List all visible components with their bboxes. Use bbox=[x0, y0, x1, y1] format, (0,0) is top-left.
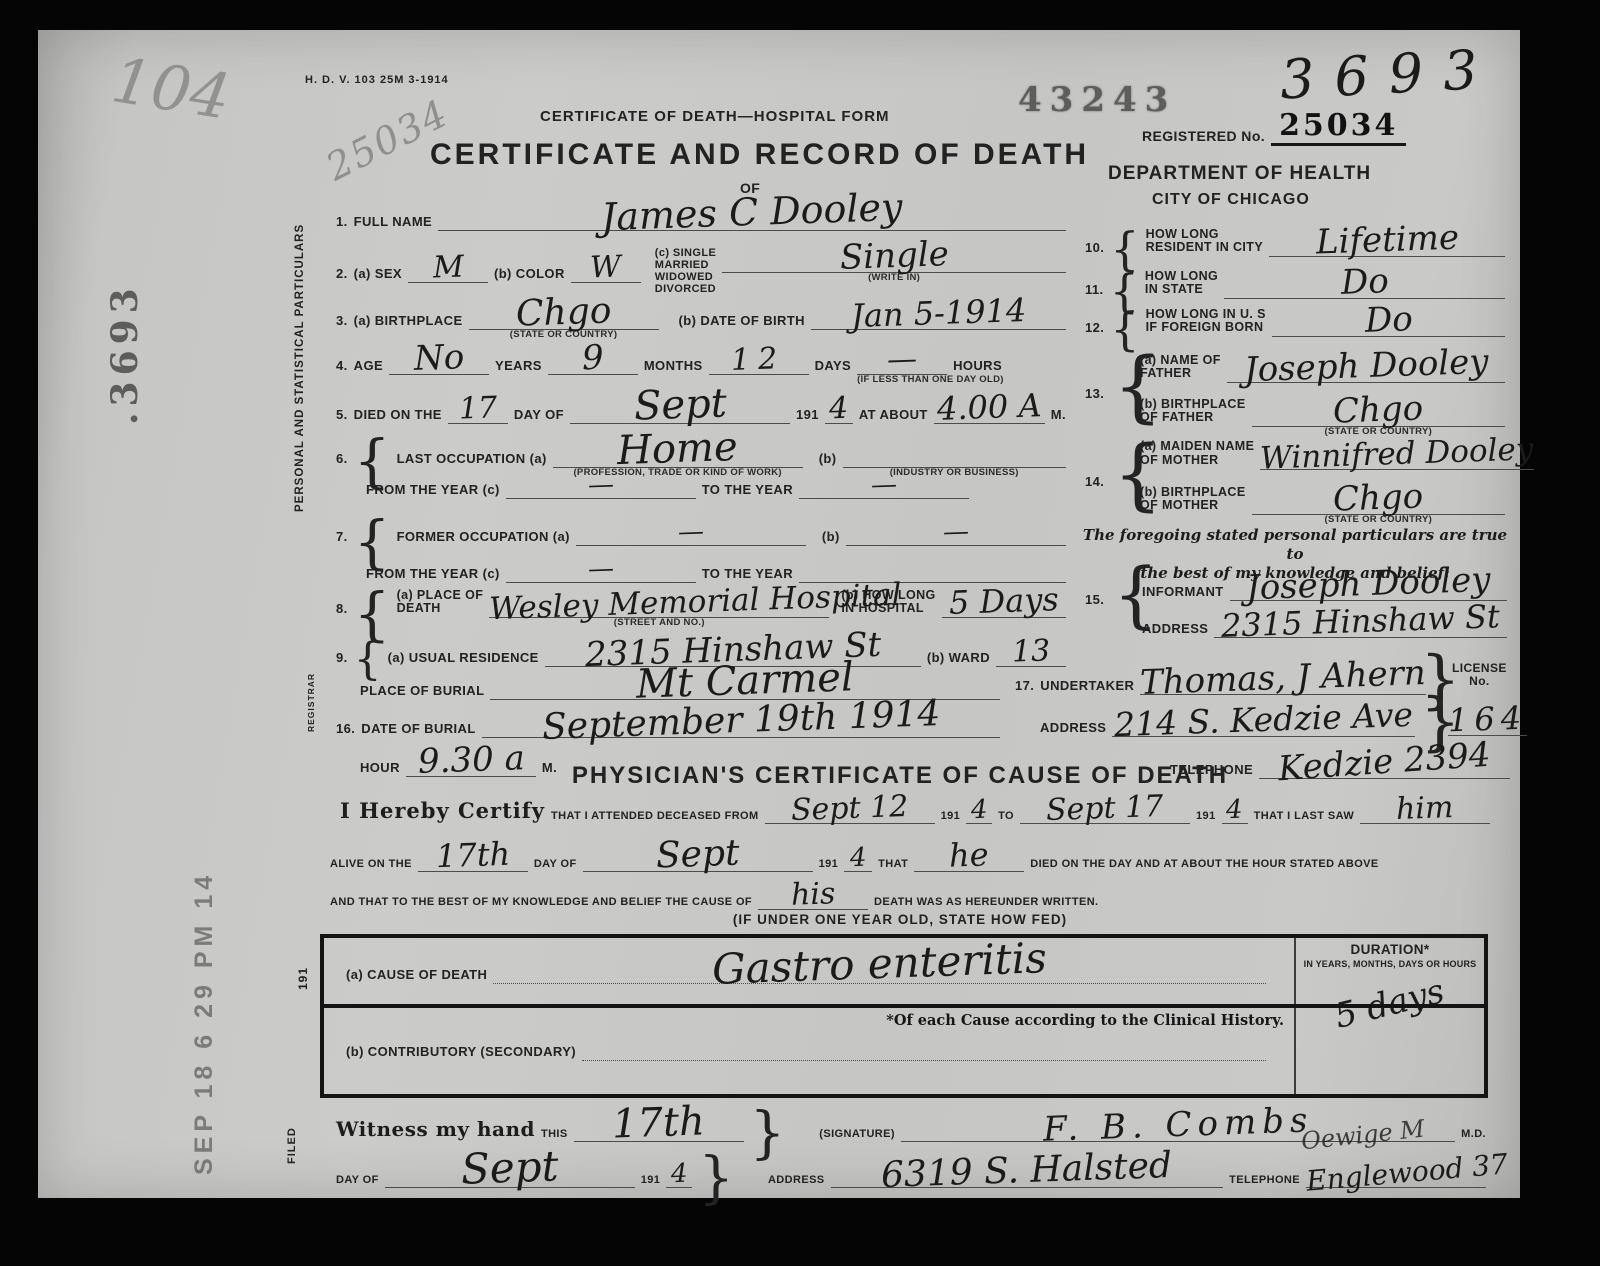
hereby-certify-text: I Hereby Certify bbox=[340, 798, 545, 824]
at-about-label: AT ABOUT bbox=[859, 407, 928, 424]
birthplace-label: (a) BIRTHPLACE bbox=[354, 313, 463, 330]
father-birthplace-value: Chgo bbox=[1333, 394, 1424, 426]
field-number: 10. bbox=[1085, 240, 1104, 257]
handwritten-number-3693: 3693 bbox=[1279, 46, 1499, 103]
years-label: YEARS bbox=[495, 358, 542, 375]
field-number: 17. bbox=[1015, 678, 1034, 695]
write-in-sub: (WRITE IN) bbox=[722, 272, 1066, 283]
day-of-label: DAY OF bbox=[514, 407, 564, 424]
father-birthplace-label: (b) BIRTHPLACE bbox=[1140, 398, 1246, 412]
department-of-health: DEPARTMENT OF HEALTH bbox=[1108, 163, 1371, 187]
how-fed-note: (IF UNDER ONE YEAR OLD, STATE HOW FED) bbox=[320, 912, 1480, 929]
witness-my-hand-text: Witness my hand bbox=[336, 1117, 535, 1142]
mother-name-value: Winnifred Dooley bbox=[1260, 436, 1534, 472]
certify-line-2: ALIVE ON THE 17th DAY OF Sept 191 4 THAT… bbox=[330, 840, 1490, 872]
died-hour-value: 4.00 A bbox=[937, 392, 1042, 423]
field-number: 11. bbox=[1085, 282, 1104, 299]
field-informant-address: ADDRESS 2315 Hinshaw St bbox=[1142, 608, 1507, 638]
former-occupation-label: FORMER OCCUPATION (a) bbox=[397, 529, 570, 546]
certify-line-3: AND THAT TO THE BEST OF MY KNOWLEDGE AND… bbox=[330, 882, 1490, 910]
small-header: CERTIFICATE OF DEATH—HOSPITAL FORM bbox=[540, 108, 890, 127]
page-title: CERTIFICATE AND RECORD OF DEATH bbox=[430, 138, 1089, 174]
duration-cell: DURATION* IN YEARS, MONTHS, DAYS OR HOUR… bbox=[1302, 942, 1478, 1020]
died-day-hour-label: DIED ON THE DAY AND AT ABOUT THE HOUR ST… bbox=[1030, 858, 1378, 872]
to-label: TO bbox=[998, 810, 1014, 824]
witness-line-1: Witness my hand THIS 17th } (SIGNATURE) … bbox=[336, 1106, 1486, 1142]
last-saw-value: him bbox=[1396, 795, 1454, 822]
pronoun-he-value: he bbox=[949, 841, 989, 870]
field-13-number: 13. bbox=[1085, 386, 1104, 403]
mother-birthplace-label: OF MOTHER bbox=[1140, 499, 1246, 513]
duration-sub-label: IN YEARS, MONTHS, DAYS OR HOURS bbox=[1302, 959, 1478, 972]
how-long-city-label: HOW LONG bbox=[1146, 228, 1264, 242]
died-label: DIED ON THE bbox=[354, 407, 442, 424]
field-mother-name: (a) MAIDEN NAME OF MOTHER Winnifred Dool… bbox=[1140, 440, 1505, 470]
mother-birthplace-value: Chgo bbox=[1333, 482, 1424, 514]
brace-icon: { bbox=[354, 588, 391, 640]
attended-to-year: 4 bbox=[1226, 799, 1243, 822]
that-label: THAT bbox=[878, 858, 908, 872]
field-number: 12. bbox=[1085, 320, 1104, 337]
informant-value: Joseph Dooley bbox=[1246, 566, 1491, 603]
this-label: THIS bbox=[541, 1128, 568, 1142]
age-days-value: 12 bbox=[731, 346, 786, 373]
dob-value: Jan 5-1914 bbox=[850, 297, 1026, 330]
undertaker-address-value: 214 S. Kedzie Ave bbox=[1114, 701, 1414, 739]
alive-year-value: 4 bbox=[849, 847, 866, 870]
side-label-registrar: REGISTRAR bbox=[306, 640, 316, 732]
field-full-name: 1. FULL NAME James C Dooley bbox=[336, 196, 1066, 231]
sex-value: M bbox=[432, 254, 464, 281]
how-long-state-label: IN STATE bbox=[1145, 283, 1218, 297]
from-year-value: — bbox=[587, 558, 614, 581]
age-years-value: No bbox=[413, 343, 464, 374]
side-label-filed: FILED bbox=[286, 1082, 298, 1164]
marital-option: MARRIED bbox=[655, 259, 716, 271]
field-informant: INFORMANT Joseph Dooley bbox=[1142, 570, 1507, 601]
year-191-label: 191 bbox=[641, 1174, 661, 1188]
registered-no-row: REGISTERED No. 25034 bbox=[1142, 108, 1406, 146]
marital-value: Single bbox=[839, 240, 949, 273]
dob-label: (b) DATE OF BIRTH bbox=[679, 313, 805, 330]
alive-month-value: Sept bbox=[655, 839, 740, 872]
physician-section-header: PHYSICIAN'S CERTIFICATE OF CAUSE OF DEAT… bbox=[320, 762, 1480, 792]
to-year-label: TO THE YEAR bbox=[702, 482, 793, 499]
place-of-burial-value: Mt Carmel bbox=[636, 660, 855, 702]
field-father-name: (a) NAME OF FATHER Joseph Dooley bbox=[1140, 352, 1505, 383]
how-long-city-label: RESIDENT IN CITY bbox=[1146, 241, 1264, 255]
months-label: MONTHS bbox=[644, 358, 703, 375]
field-number: 8. bbox=[336, 601, 348, 618]
color-value: W bbox=[590, 254, 622, 281]
filed-date-stamp: SEP 18 6 29 PM 14 bbox=[190, 755, 219, 1175]
pronoun-his-value: his bbox=[790, 881, 835, 908]
field-number: 4. bbox=[336, 358, 348, 375]
how-long-us-label: HOW LONG IN U. S bbox=[1146, 308, 1266, 322]
m-label: M. bbox=[1051, 407, 1066, 424]
field-former-occupation: 7. { FORMER OCCUPATION (a) — (b) — bbox=[336, 516, 1066, 546]
field-number: 2. bbox=[336, 266, 348, 283]
field-15-number: 15. bbox=[1085, 592, 1104, 609]
marital-option: WIDOWED bbox=[655, 271, 716, 283]
clinical-history-note: *Of each Cause according to the Clinical… bbox=[886, 1012, 1284, 1029]
physician-telephone-value: Englewood 37 bbox=[1305, 1152, 1508, 1193]
day-of-label: DAY OF bbox=[336, 1174, 379, 1188]
sex-label: (a) SEX bbox=[354, 266, 402, 283]
attended-from-label: THAT I ATTENDED DECEASED FROM bbox=[551, 810, 759, 824]
marital-option: DIVORCED bbox=[655, 283, 716, 295]
how-long-us-label: IF FOREIGN BORN bbox=[1146, 321, 1266, 335]
street-no-sub: (STREET AND NO.) bbox=[489, 617, 829, 628]
place-of-burial-label: PLACE OF BURIAL bbox=[360, 683, 484, 700]
form-code: H. D. V. 103 25M 3-1914 bbox=[305, 74, 449, 88]
field-birthplace: 3. (a) BIRTHPLACE Chgo (STATE OR COUNTRY… bbox=[336, 298, 1066, 330]
how-long-us-value: Do bbox=[1364, 305, 1413, 336]
b-label: (b) bbox=[822, 529, 840, 546]
alive-day-value: 17th bbox=[435, 841, 510, 871]
registered-label: REGISTERED No. bbox=[1142, 128, 1265, 146]
certify-line-1: I Hereby Certify THAT I ATTENDED DECEASE… bbox=[340, 796, 1490, 824]
cause-of-death-box: (a) CAUSE OF DEATH Gastro enteritis DURA… bbox=[320, 934, 1488, 1098]
field-number: 6. bbox=[336, 451, 348, 468]
color-label: (b) COLOR bbox=[494, 266, 565, 283]
witness-month-value: Sept bbox=[460, 1148, 559, 1187]
undertaker-label: UNDERTAKER bbox=[1040, 678, 1134, 695]
alive-on-label: ALIVE ON THE bbox=[330, 858, 412, 872]
state-country-sub: (STATE OR COUNTRY) bbox=[469, 329, 659, 340]
field-number: 1. bbox=[336, 214, 348, 231]
witness-line-2: DAY OF Sept 191 4 } ADDRESS 6319 S. Hals… bbox=[336, 1150, 1486, 1188]
hours-label: HOURS bbox=[953, 358, 1002, 375]
field-how-long-us: 12. { HOW LONG IN U. S IF FOREIGN BORN D… bbox=[1085, 306, 1505, 337]
field-died-on: 5. DIED ON THE 17 DAY OF Sept 191 4 AT A… bbox=[336, 388, 1066, 424]
scanned-death-certificate: 104 .3693 SEP 18 6 29 PM 14 PERSONAL AND… bbox=[0, 0, 1600, 1266]
witness-year-value: 4 bbox=[671, 1163, 688, 1186]
informant-address-value: 2315 Hinshaw St bbox=[1221, 603, 1501, 640]
mother-birthplace-label: (b) BIRTHPLACE bbox=[1140, 486, 1246, 500]
died-day-value: 17 bbox=[458, 395, 497, 422]
less-than-day-sub: (IF LESS THAN ONE DAY OLD) bbox=[857, 374, 947, 385]
field-number: 7. bbox=[336, 529, 348, 546]
field-undertaker-address: ADDRESS 214 S. Kedzie Ave bbox=[1040, 706, 1415, 737]
brace-icon: } bbox=[698, 1154, 734, 1204]
last-occupation-value: Home bbox=[617, 430, 739, 468]
date-of-burial-label: DATE OF BURIAL bbox=[361, 721, 475, 738]
field-sex-color: 2. (a) SEX M (b) COLOR W (c) SINGLE MARR… bbox=[336, 242, 1066, 283]
hereunder-written-label: DEATH WAS AS HEREUNDER WRITTEN. bbox=[874, 896, 1098, 910]
duration-divider bbox=[1294, 938, 1296, 1094]
field-mother-birthplace: (b) BIRTHPLACE OF MOTHER Chgo (STATE OR … bbox=[1140, 484, 1505, 515]
field-father-birthplace: (b) BIRTHPLACE OF FATHER Chgo (STATE OR … bbox=[1140, 396, 1505, 427]
last-saw-label: THAT I LAST SAW bbox=[1254, 810, 1355, 824]
undertaker-address-label: ADDRESS bbox=[1040, 720, 1106, 737]
day-of-label: DAY OF bbox=[534, 858, 577, 872]
father-name-label: (a) NAME OF bbox=[1140, 354, 1221, 368]
from-year-label: FROM THE YEAR (c) bbox=[366, 482, 500, 499]
cause-of-label: AND THAT TO THE BEST OF MY KNOWLEDGE AND… bbox=[330, 896, 752, 910]
attended-to-value: Sept 17 bbox=[1046, 794, 1164, 824]
father-name-label: FATHER bbox=[1140, 367, 1221, 381]
last-occupation-label: LAST OCCUPATION (a) bbox=[397, 451, 547, 468]
place-of-death-label: DEATH bbox=[397, 602, 484, 616]
field-date-of-burial: 16. DATE OF BURIAL September 19th 1914 bbox=[336, 706, 1000, 738]
side-label-personal-particulars: PERSONAL AND STATISTICAL PARTICULARS bbox=[294, 150, 306, 512]
b-label: (b) bbox=[819, 451, 837, 468]
field-how-long-city: 10. { HOW LONG RESIDENT IN CITY Lifetime bbox=[1085, 226, 1505, 257]
father-name-value: Joseph Dooley bbox=[1243, 348, 1488, 385]
year-191-label: 191 bbox=[819, 858, 839, 872]
age-months-value: 9 bbox=[582, 344, 605, 374]
box-inner-divider bbox=[324, 1004, 1484, 1008]
age-label: AGE bbox=[354, 358, 383, 375]
field-label: FULL NAME bbox=[354, 214, 432, 231]
field-number: 16. bbox=[336, 721, 355, 738]
to-year-value: — bbox=[871, 474, 898, 497]
physician-signature-value: F. B. Combs bbox=[1042, 1106, 1313, 1144]
duration-label: DURATION* bbox=[1302, 942, 1478, 959]
year-191-label: 191 bbox=[796, 407, 819, 424]
field-last-occupation: 6. { LAST OCCUPATION (a) Home (PROFESSIO… bbox=[336, 432, 1066, 468]
side-label-year191: 191 bbox=[296, 928, 310, 990]
license-value: 164 bbox=[1448, 705, 1528, 735]
marital-option: (c) SINGLE bbox=[655, 247, 716, 259]
cause-of-death-label: (a) CAUSE OF DEATH bbox=[346, 967, 487, 984]
undertaker-value: Thomas, J Ahern bbox=[1140, 659, 1427, 698]
died-month-value: Sept bbox=[633, 386, 727, 423]
year-191-label: 191 bbox=[1196, 810, 1216, 824]
from-year-value: — bbox=[587, 474, 614, 497]
side-stamp-number: .3693 bbox=[104, 255, 146, 425]
mother-name-label: OF MOTHER bbox=[1140, 454, 1254, 468]
how-long-state-label: HOW LONG bbox=[1145, 270, 1218, 284]
contributory-label: (b) CONTRIBUTORY (SECONDARY) bbox=[346, 1044, 576, 1061]
informant-address-label: ADDRESS bbox=[1142, 621, 1208, 638]
physician-address-value: 6319 S. Halsted bbox=[881, 1151, 1173, 1192]
state-country-sub: (STATE OR COUNTRY) bbox=[1252, 514, 1505, 525]
date-of-burial-value: September 19th 1914 bbox=[541, 699, 940, 743]
telephone-label: TELEPHONE bbox=[1229, 1174, 1300, 1188]
how-long-state-value: Do bbox=[1340, 267, 1389, 298]
signature-label: (SIGNATURE) bbox=[819, 1128, 895, 1142]
attended-from-year: 4 bbox=[970, 799, 987, 822]
age-hours-value: — bbox=[887, 346, 918, 373]
cause-of-death-row: (a) CAUSE OF DEATH Gastro enteritis bbox=[346, 946, 1266, 984]
days-label: DAYS bbox=[815, 358, 852, 375]
city-of-chicago: CITY OF CHICAGO bbox=[1152, 191, 1310, 211]
field-undertaker: 17. UNDERTAKER Thomas, J Ahern bbox=[1015, 664, 1415, 695]
field-age: 4. AGE No YEARS 9 MONTHS 12 DAYS — (IF L… bbox=[336, 344, 1066, 375]
witness-day-value: 17th bbox=[612, 1104, 706, 1141]
mother-name-label: (a) MAIDEN NAME bbox=[1140, 440, 1254, 454]
died-year-value: 4 bbox=[829, 396, 849, 422]
place-of-death-label: (a) PLACE OF bbox=[397, 589, 484, 603]
field-number: 3. bbox=[336, 313, 348, 330]
former-occupation-value: — bbox=[677, 521, 704, 544]
contributory-row: (b) CONTRIBUTORY (SECONDARY) bbox=[346, 1042, 1266, 1061]
how-long-hospital-value: 5 Days bbox=[949, 586, 1060, 617]
field-number: 9. bbox=[336, 650, 348, 667]
full-name-value: James C Dooley bbox=[601, 191, 903, 234]
field-undertaker-license: 164 bbox=[1448, 706, 1518, 736]
ward-value: 13 bbox=[1011, 638, 1050, 665]
field-number: 5. bbox=[336, 407, 348, 424]
field-how-long-state: 11. { HOW LONG IN STATE Do bbox=[1085, 268, 1505, 299]
year-191-label: 191 bbox=[941, 810, 961, 824]
field-last-occupation-years: FROM THE YEAR (c) — TO THE YEAR — bbox=[366, 474, 1066, 499]
field-former-occupation-years: FROM THE YEAR (c) — TO THE YEAR bbox=[366, 558, 1066, 583]
birthplace-value: Chgo bbox=[515, 296, 611, 330]
cause-of-death-value: Gastro enteritis bbox=[712, 940, 1048, 987]
attended-from-value: Sept 12 bbox=[791, 794, 909, 824]
registered-value: 25034 bbox=[1279, 108, 1398, 143]
former-occupation-industry-value: — bbox=[942, 521, 969, 544]
father-birthplace-label: OF FATHER bbox=[1140, 411, 1246, 425]
how-long-city-value: Lifetime bbox=[1315, 224, 1459, 258]
field-place-of-death: 8. { (a) PLACE OF DEATH Wesley Memorial … bbox=[336, 588, 1066, 618]
md-label: M.D. bbox=[1461, 1128, 1486, 1142]
field-14-number: 14. bbox=[1085, 474, 1104, 491]
address-label: ADDRESS bbox=[768, 1174, 825, 1188]
informant-label: INFORMANT bbox=[1142, 584, 1224, 601]
